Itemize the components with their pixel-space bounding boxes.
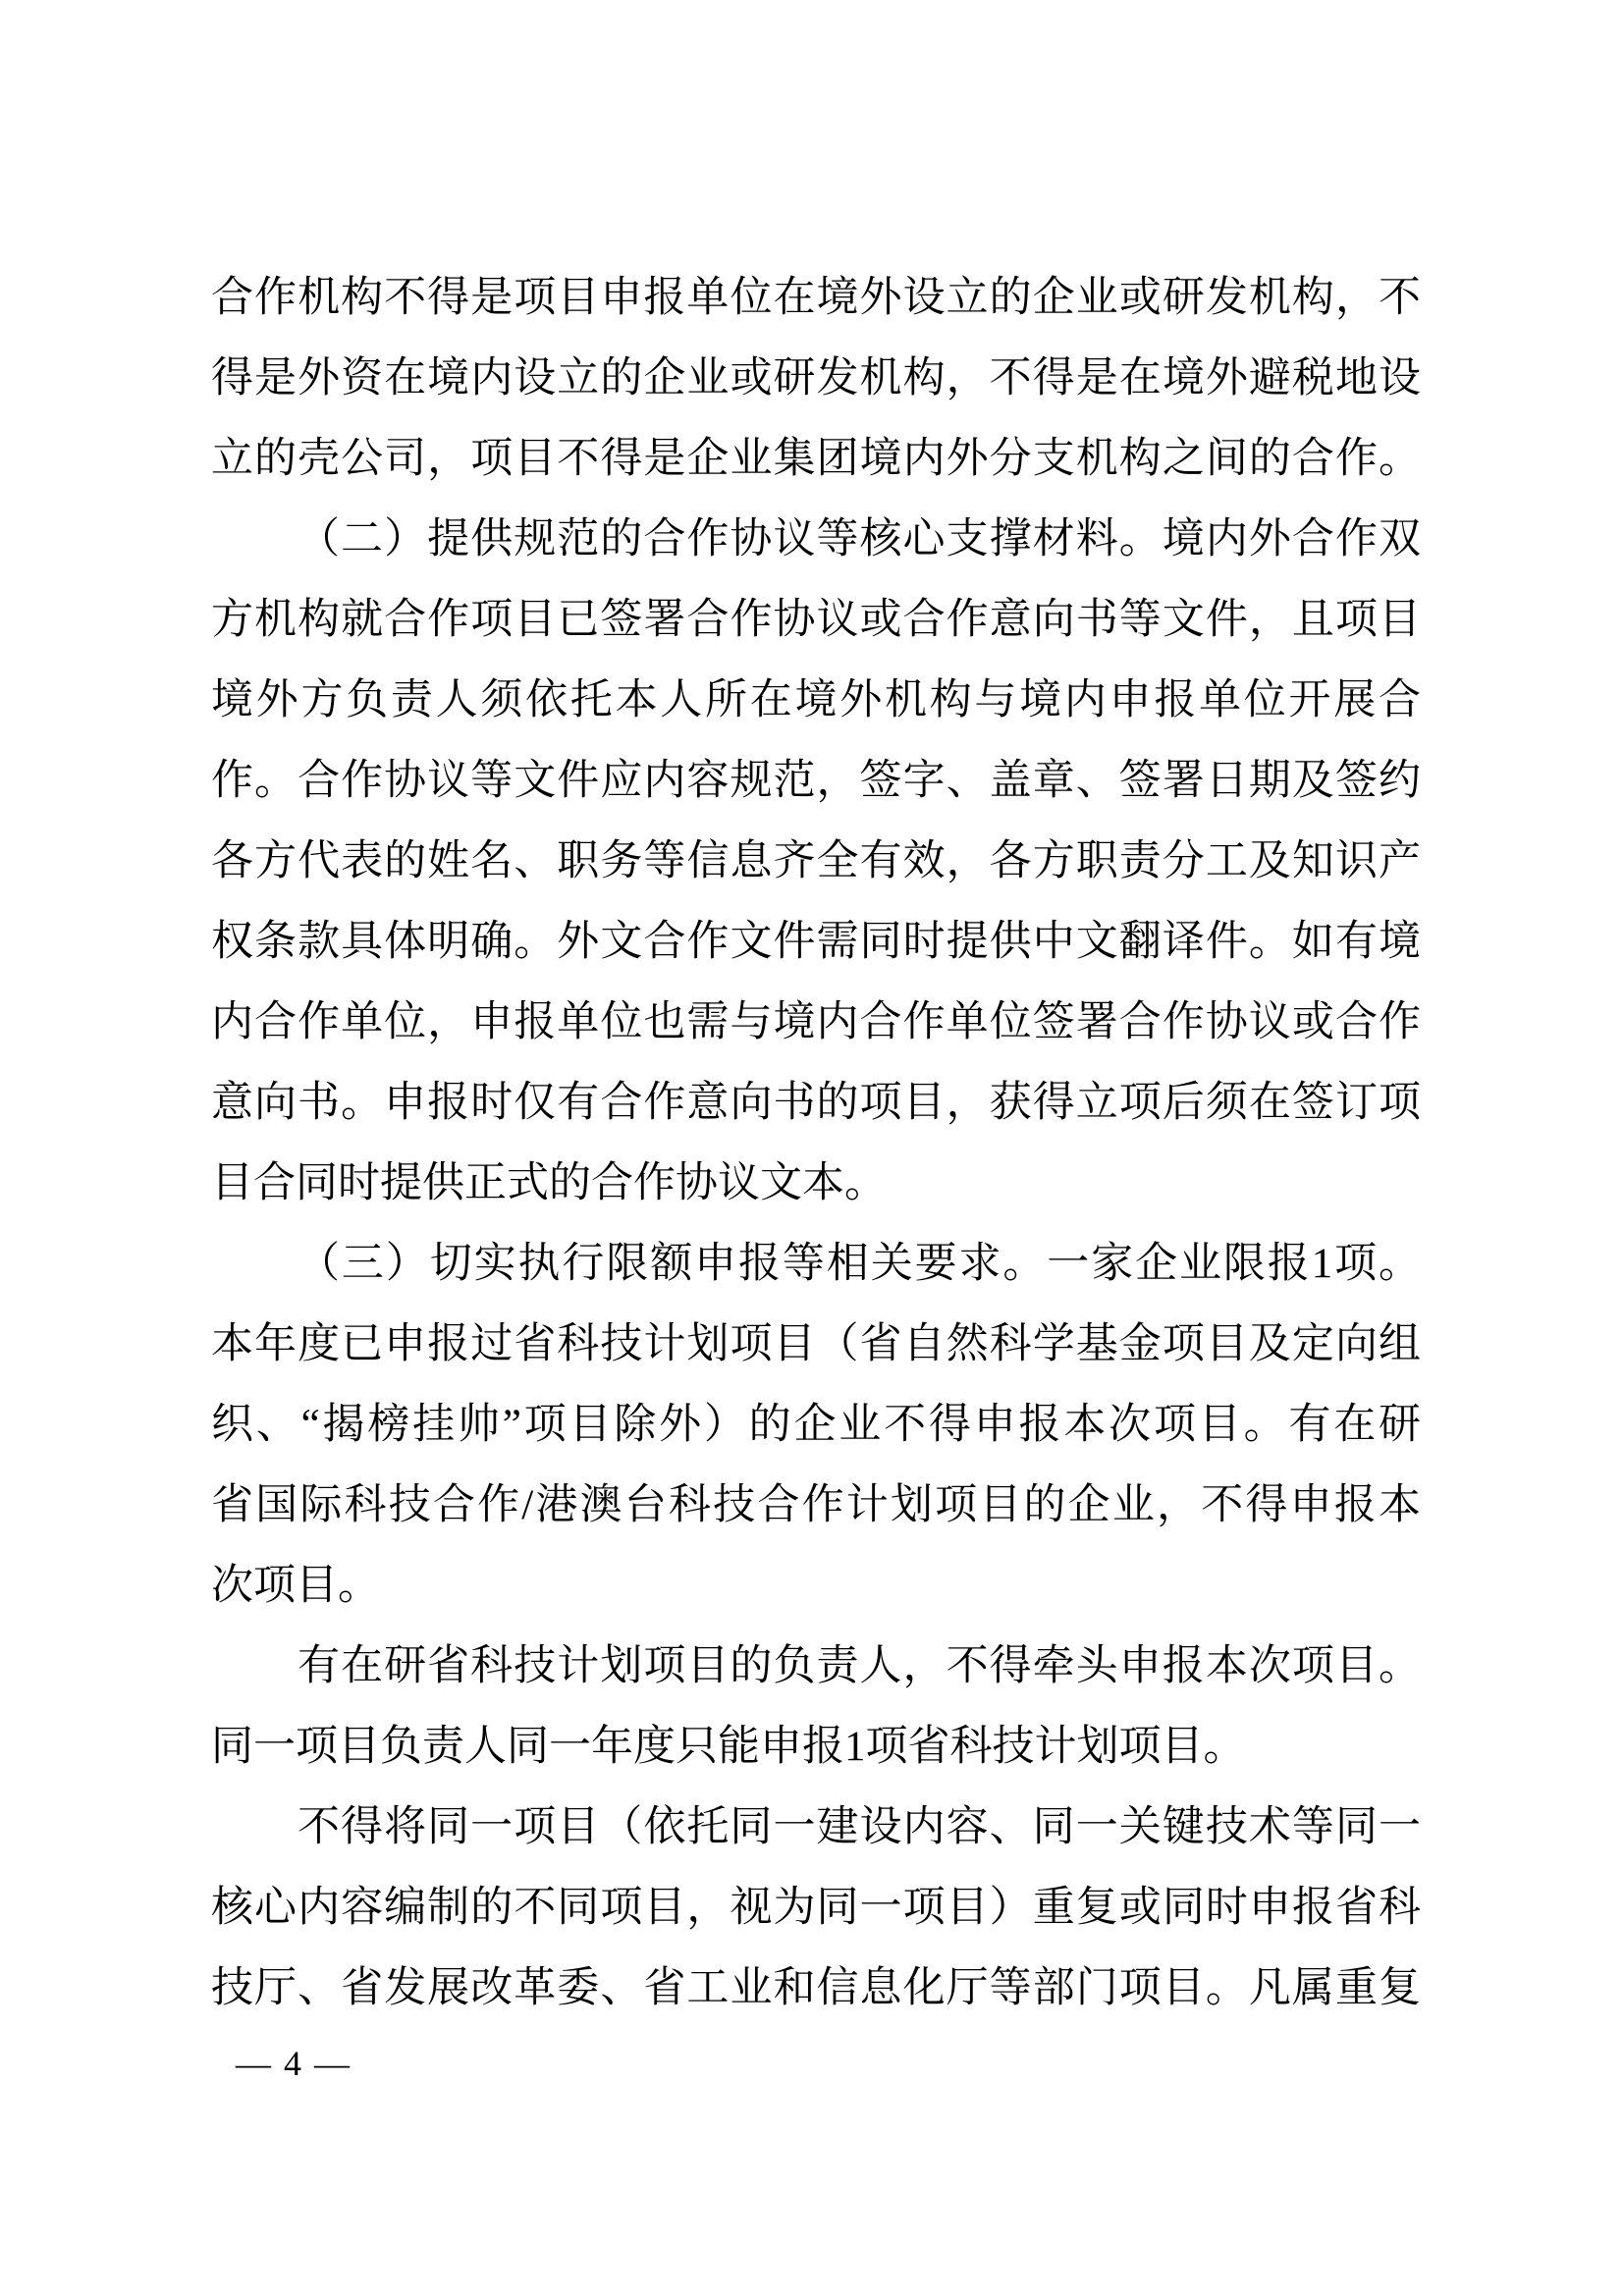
text-line: 不得将同一项目（依托同一建设内容、同一关键技术等同一 — [211, 1788, 1421, 1868]
text-line: 有在研省科技计划项目的负责人，不得牵头申报本次项目。 — [211, 1627, 1421, 1707]
text-line: 同一项目负责人同一年度只能申报1项省科技计划项目。 — [211, 1707, 1421, 1788]
document-body: 合作机构不得是项目申报单位在境外设立的企业或研发机构，不得是外资在境内设立的企业… — [211, 258, 1421, 2029]
text-line: 作。合作协议等文件应内容规范，签字、盖章、签署日期及签约 — [211, 741, 1421, 822]
text-line: 合作机构不得是项目申报单位在境外设立的企业或研发机构，不 — [211, 258, 1421, 339]
text-line: 境外方负责人须依托本人所在境外机构与境内申报单位开展合 — [211, 661, 1421, 741]
text-line: （三）切实执行限额申报等相关要求。一家企业限报1项。 — [211, 1224, 1421, 1305]
paragraph: 不得将同一项目（依托同一建设内容、同一关键技术等同一核心内容编制的不同项目，视为… — [211, 1788, 1421, 2029]
text-line: 技厅、省发展改革委、省工业和信息化厅等部门项目。凡属重复 — [211, 1949, 1421, 2029]
text-line: 内合作单位，申报单位也需与境内合作单位签署合作协议或合作 — [211, 983, 1421, 1063]
text-line: 方机构就合作项目已签署合作协议或合作意向书等文件，且项目 — [211, 580, 1421, 661]
text-line: 各方代表的姓名、职务等信息齐全有效，各方职责分工及知识产 — [211, 822, 1421, 902]
text-line: 立的壳公司，项目不得是企业集团境内外分支机构之间的合作。 — [211, 419, 1421, 500]
page-number: — 4 — — [236, 2044, 352, 2083]
text-line: 意向书。申报时仅有合作意向书的项目，获得立项后须在签订项 — [211, 1063, 1421, 1144]
text-line: （二）提供规范的合作协议等核心支撑材料。境内外合作双 — [211, 500, 1421, 580]
text-line: 次项目。 — [211, 1546, 1421, 1627]
text-line: 省国际科技合作/港澳台科技合作计划项目的企业，不得申报本 — [211, 1466, 1421, 1546]
paragraph: 有在研省科技计划项目的负责人，不得牵头申报本次项目。同一项目负责人同一年度只能申… — [211, 1627, 1421, 1788]
text-line: 目合同时提供正式的合作协议文本。 — [211, 1144, 1421, 1224]
paragraph: 合作机构不得是项目申报单位在境外设立的企业或研发机构，不得是外资在境内设立的企业… — [211, 258, 1421, 500]
text-line: 本年度已申报过省科技计划项目（省自然科学基金项目及定向组 — [211, 1305, 1421, 1385]
text-line: 得是外资在境内设立的企业或研发机构，不得是在境外避税地设 — [211, 339, 1421, 419]
text-line: 权条款具体明确。外文合作文件需同时提供中文翻译件。如有境 — [211, 902, 1421, 983]
paragraph: （三）切实执行限额申报等相关要求。一家企业限报1项。本年度已申报过省科技计划项目… — [211, 1224, 1421, 1627]
text-line: 织、“揭榜挂帅”项目除外）的企业不得申报本次项目。有在研 — [211, 1385, 1421, 1466]
document-page: 合作机构不得是项目申报单位在境外设立的企业或研发机构，不得是外资在境内设立的企业… — [0, 0, 1623, 2296]
text-line: 核心内容编制的不同项目，视为同一项目）重复或同时申报省科 — [211, 1868, 1421, 1949]
paragraph: （二）提供规范的合作协议等核心支撑材料。境内外合作双方机构就合作项目已签署合作协… — [211, 500, 1421, 1224]
